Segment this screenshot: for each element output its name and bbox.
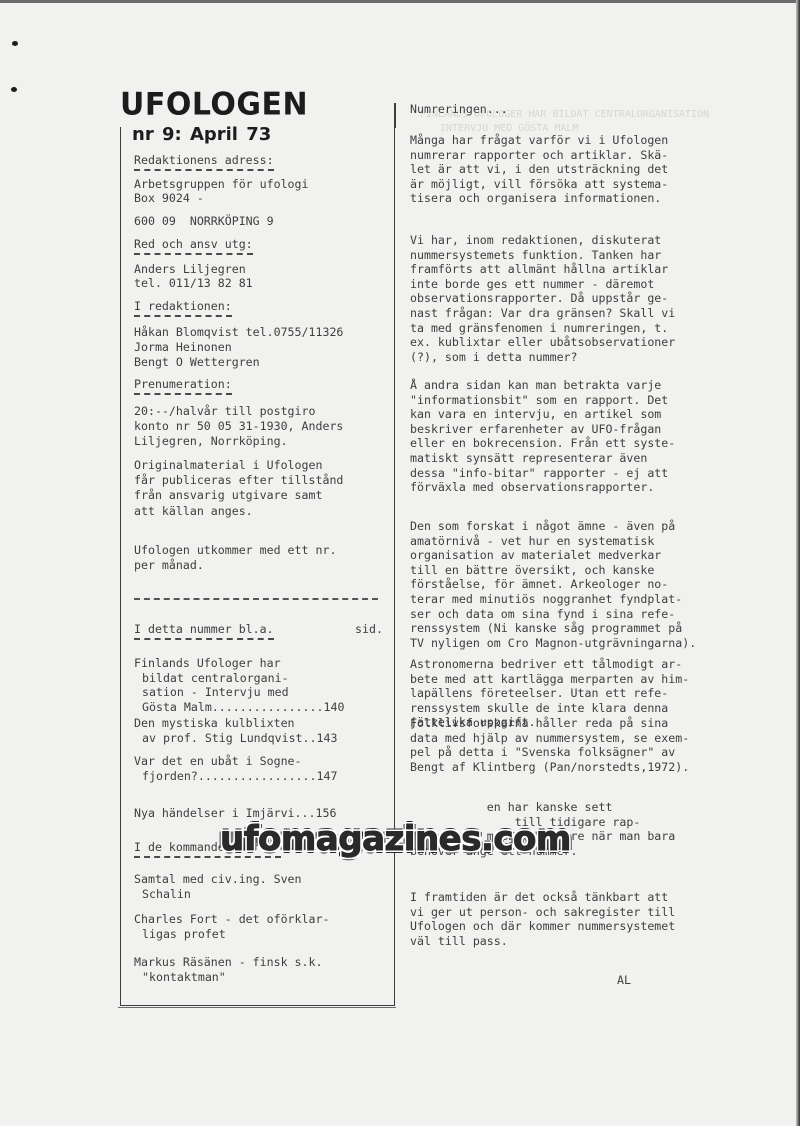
- article-line: inte borde ges ett nummer - däremot: [410, 277, 740, 292]
- article-line: vi ger ut person- och sakregister till: [410, 905, 740, 920]
- contents-item[interactable]: Finlands Ufologer har bildat centralorga…: [134, 656, 384, 714]
- editorial-line: Håkan Blomqvist tel.0755/11326: [134, 325, 392, 340]
- article-line: data med hjälp av nummersystem, se exem-: [410, 731, 740, 746]
- article-line: Å andra sidan kan man betrakta varje: [410, 378, 740, 393]
- article-line: eller en bokrecension. Från ett syste-: [410, 436, 740, 451]
- article-line: är möjligt, vill försöka att systema-: [410, 177, 740, 192]
- article-line: bete med att kartlägga merparten av him-: [410, 672, 740, 687]
- article-line: kan vara en intervju, en artikel som: [410, 407, 740, 422]
- article-line: dessa "info-bitar" rapporter - ej att: [410, 466, 740, 481]
- article-line: Astronomerna bedriver ett tålmodigt ar-: [410, 657, 740, 672]
- article-line: Folklivsforskarna håller reda på sina: [410, 716, 740, 731]
- page-right-edge: [796, 0, 800, 1126]
- upcoming-item: Markus Räsänen - finsk s.k. "kontaktman": [134, 955, 384, 984]
- article-line: numrerar rapporter och artiklar. Skä-: [410, 148, 740, 163]
- copyright-line: från ansvarig utgivare samt: [134, 488, 392, 503]
- article-line: matiskt synsätt representerar även: [410, 451, 740, 466]
- copyright-line: Originalmaterial i Ufologen: [134, 458, 392, 473]
- article-line: (?), som i detta nummer?: [410, 350, 740, 365]
- article-line: väl till pass.: [410, 934, 740, 949]
- article-line: I framtiden är det också tänkbart att: [410, 890, 740, 905]
- punch-hole-mark: [11, 87, 17, 92]
- copyright-line: att källan anges.: [134, 504, 392, 519]
- contents-page-label: sid.: [355, 622, 395, 637]
- article-line: nast frågan: Var dra gränsen? Skall vi: [410, 306, 740, 321]
- article-line: ex. kublixtar eller ubåtsobservationer: [410, 335, 740, 350]
- article-line: "informationsbit" som en rapport. Det: [410, 393, 740, 408]
- article-line: en har kanske sett: [410, 800, 740, 815]
- article-line: Bengt af Klintberg (Pan/norstedts,1972).: [410, 760, 740, 775]
- author-signature: AL: [617, 973, 631, 987]
- frequency-line: per månad.: [134, 558, 392, 573]
- contents-item[interactable]: Den mystiska kulblixten av prof. Stig Lu…: [134, 716, 384, 745]
- watermark-text: ufomagazines.com: [220, 819, 571, 859]
- subscription-line: Liljegren, Norrköping.: [134, 434, 392, 449]
- box-rule: [394, 103, 396, 128]
- editorial-heading: I redaktionen:: [134, 299, 392, 317]
- address-line: Box 9024 -: [134, 191, 392, 206]
- subscription-heading: Prenumeration:: [134, 377, 392, 395]
- article-line: beskriver erfarenheter av UFO-frågan: [410, 422, 740, 437]
- article-line: terar med minutiös noggranhet fyndplat-: [410, 592, 740, 607]
- article-line: förväxla med observationsrapporter.: [410, 480, 740, 495]
- article-heading: Numreringen...: [410, 102, 740, 117]
- address-line: 600 09 NORRKÖPING 9: [134, 214, 392, 229]
- article-line: let är att vi, i den utsträckning det: [410, 162, 740, 177]
- article-line: renssystem skulle de inte klara denna: [410, 701, 740, 716]
- masthead-title: UFOLOGEN: [120, 86, 308, 123]
- contents-heading: I detta nummer bl.a.: [134, 622, 392, 640]
- article-line: nummersystemets funktion. Tanken har: [410, 248, 740, 263]
- address-line: Arbetsgruppen för ufologi: [134, 177, 392, 192]
- article-line: TV nyligen om Cro Magnon-utgrävningarna)…: [410, 636, 740, 651]
- section-divider: [134, 598, 378, 600]
- upcoming-item: Samtal med civ.ing. Sven Schalin: [134, 872, 384, 901]
- subscription-line: konto nr 50 05 31-1930, Anders: [134, 419, 392, 434]
- article-line: observationsrapporter. Då uppstår ge-: [410, 291, 740, 306]
- article-line: framförts att allmänt hållna artiklar: [410, 262, 740, 277]
- subscription-line: 20:--/halvår till postgiro: [134, 404, 392, 419]
- article-line: renssystem (Ni kanske såg programmet på: [410, 621, 740, 636]
- address-heading: Redaktionens adress:: [134, 153, 392, 171]
- editorial-line: Jorma Heinonen: [134, 340, 392, 355]
- document-page: FINLANDS UFOLOGER HAR BILDAT CENTRALORGA…: [0, 0, 800, 1126]
- publisher-line: Anders Liljegren: [134, 262, 392, 277]
- article-line: organisation av materialet medverkar: [410, 548, 740, 563]
- publisher-line: tel. 011/13 82 81: [134, 276, 392, 291]
- article-line: Den som forskat i något ämne - även på: [410, 519, 740, 534]
- article-line: lapällens företeelser. Utan ett refe-: [410, 686, 740, 701]
- contents-item[interactable]: Var det en ubåt i Sogne- fjorden?.......…: [134, 754, 384, 783]
- article-line: pel på detta i "Svenska folksägner" av: [410, 745, 740, 760]
- copyright-line: får publiceras efter tillstånd: [134, 473, 392, 488]
- frequency-line: Ufologen utkommer med ett nr.: [134, 543, 392, 558]
- upcoming-item: Charles Fort - det oförklar- ligas profe…: [134, 912, 384, 941]
- page-top-edge: [0, 0, 800, 3]
- punch-hole-mark: [12, 41, 18, 46]
- publisher-heading: Red och ansv utg:: [134, 237, 392, 255]
- article-line: ta med gränsfenomen i numreringen, t.: [410, 321, 740, 336]
- article-line: amatörnivå - vet hur en systematisk: [410, 534, 740, 549]
- article-line: Vi har, inom redaktionen, diskuterat: [410, 233, 740, 248]
- article-line: tisera och organisera informationen.: [410, 191, 740, 206]
- article-line: Ufologen och där kommer nummersystemet: [410, 919, 740, 934]
- article-line: förståelse, för ämnet. Arkeologer no-: [410, 577, 740, 592]
- article-line: ser och data om sina fynd i sina refe-: [410, 607, 740, 622]
- article-line: till en bättre översikt, och kanske: [410, 563, 740, 578]
- box-rule: [118, 1007, 396, 1008]
- article-line: Många har frågat varför vi i Ufologen: [410, 133, 740, 148]
- editorial-line: Bengt O Wettergren: [134, 355, 392, 370]
